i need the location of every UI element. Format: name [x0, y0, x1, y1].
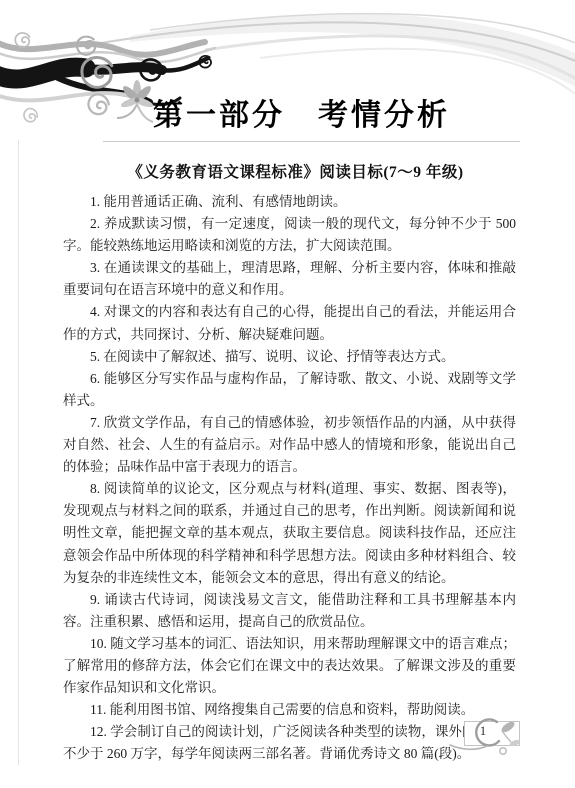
reading-goals-list: 1. 能用普通话正确、流利、有感情地朗读。 2. 养成默读习惯，有一定速度，阅读… [63, 191, 516, 765]
reading-goal-item: 6. 能够区分写实作品与虚构作品，了解诗歌、散文、小说、戏剧等文学样式。 [63, 368, 516, 412]
reading-goal-item: 3. 在通读课文的基础上，理清思路，理解、分析主要内容，体味和推敲重要词句在语言… [63, 257, 516, 301]
page-number: 1 [476, 724, 490, 739]
page-title: 第一部分 考情分析 [14, 90, 575, 134]
reading-goal-item: 9. 诵读古代诗词，阅读浅易文言文，能借助注释和工具书理解基本内容。注重积累、感… [63, 589, 516, 633]
reading-goal-item: 1. 能用普通话正确、流利、有感情地朗读。 [63, 191, 516, 213]
section-subtitle: 《义务教育语文课程标准》阅读目标(7～9 年级) [8, 160, 575, 182]
reading-goal-item: 10. 随文学习基本的词汇、语法知识，用来帮助理解课文中的语言难点；了解常用的修… [63, 633, 516, 699]
reading-goal-item: 7. 欣赏文学作品，有自己的情感体验，初步领悟作品的内涵，从中获得对自然、社会、… [63, 412, 516, 478]
page-footer: 1 [440, 713, 570, 768]
title-divider [103, 141, 520, 142]
page-number-swirl-icon [440, 713, 570, 768]
reading-goal-item: 4. 对课文的内容和表达有自己的心得，能提出自己的看法，并能运用合作的方式，共同… [63, 301, 516, 345]
reading-goal-item: 5. 在阅读中了解叙述、描写、说明、议论、抒情等表达方式。 [63, 346, 516, 368]
reading-goal-item: 8. 阅读简单的议论文，区分观点与材料(道理、事实、数据、图表等)，发现观点与材… [63, 478, 516, 588]
page-gutter-line [18, 140, 19, 765]
book-page: 第一部分 考情分析 《义务教育语文课程标准》阅读目标(7～9 年级) 1. 能用… [0, 0, 575, 788]
reading-goal-item: 2. 养成默读习惯，有一定速度，阅读一般的现代文，每分钟不少于 500 字。能较… [63, 213, 516, 257]
